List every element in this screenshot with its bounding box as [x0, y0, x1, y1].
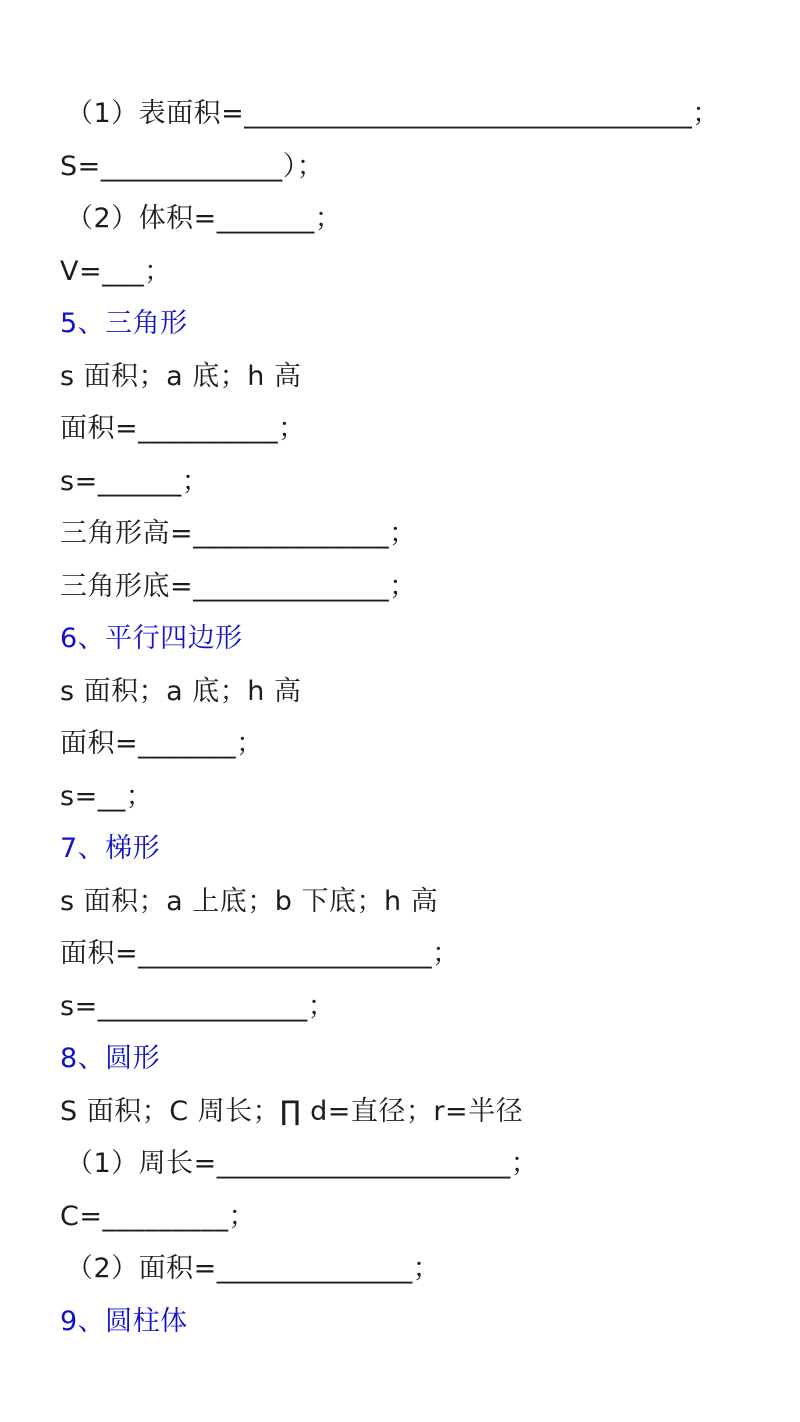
blank-line-v: V=___； [60, 246, 770, 299]
variables-line-triangle: s 面积；a 底；h 高 [60, 351, 770, 404]
blank-line-triangle-area: 面积=__________； [60, 403, 770, 456]
section-heading-trapezoid: 7、梯形 [60, 823, 770, 876]
formula-worksheet-body: （1）表面积=________________________________；… [60, 88, 770, 1348]
blank-line-trapezoid-s: s=_______________； [60, 981, 770, 1034]
blank-line-s-surface: S=_____________）； [60, 141, 770, 194]
variables-line-circle: S 面积；C 周长；∏ d=直径；r=半径 [60, 1086, 770, 1139]
blank-line-trapezoid-area: 面积=_____________________； [60, 928, 770, 981]
blank-line-parallelogram-s: s=__； [60, 771, 770, 824]
section-heading-cylinder: 9、圆柱体 [60, 1296, 770, 1349]
section-heading-triangle: 5、三角形 [60, 298, 770, 351]
blank-line-surface-area: （1）表面积=________________________________； [60, 88, 770, 141]
section-heading-parallelogram: 6、平行四边形 [60, 613, 770, 666]
blank-line-c: C=_________； [60, 1191, 770, 1244]
variables-line-parallelogram: s 面积；a 底；h 高 [60, 666, 770, 719]
variables-line-trapezoid: s 面积；a 上底；b 下底；h 高 [60, 876, 770, 929]
section-heading-circle: 8、圆形 [60, 1033, 770, 1086]
blank-line-parallelogram-area: 面积=_______； [60, 718, 770, 771]
blank-line-triangle-base: 三角形底=______________； [60, 561, 770, 614]
blank-line-circumference: （1）周长=_____________________； [60, 1138, 770, 1191]
worksheet-page: （1）表面积=________________________________；… [0, 0, 800, 1422]
blank-line-triangle-s: s=______； [60, 456, 770, 509]
blank-line-volume: （2）体积=_______； [60, 193, 770, 246]
blank-line-circle-area: （2）面积=______________； [60, 1243, 770, 1296]
blank-line-triangle-height: 三角形高=______________； [60, 508, 770, 561]
